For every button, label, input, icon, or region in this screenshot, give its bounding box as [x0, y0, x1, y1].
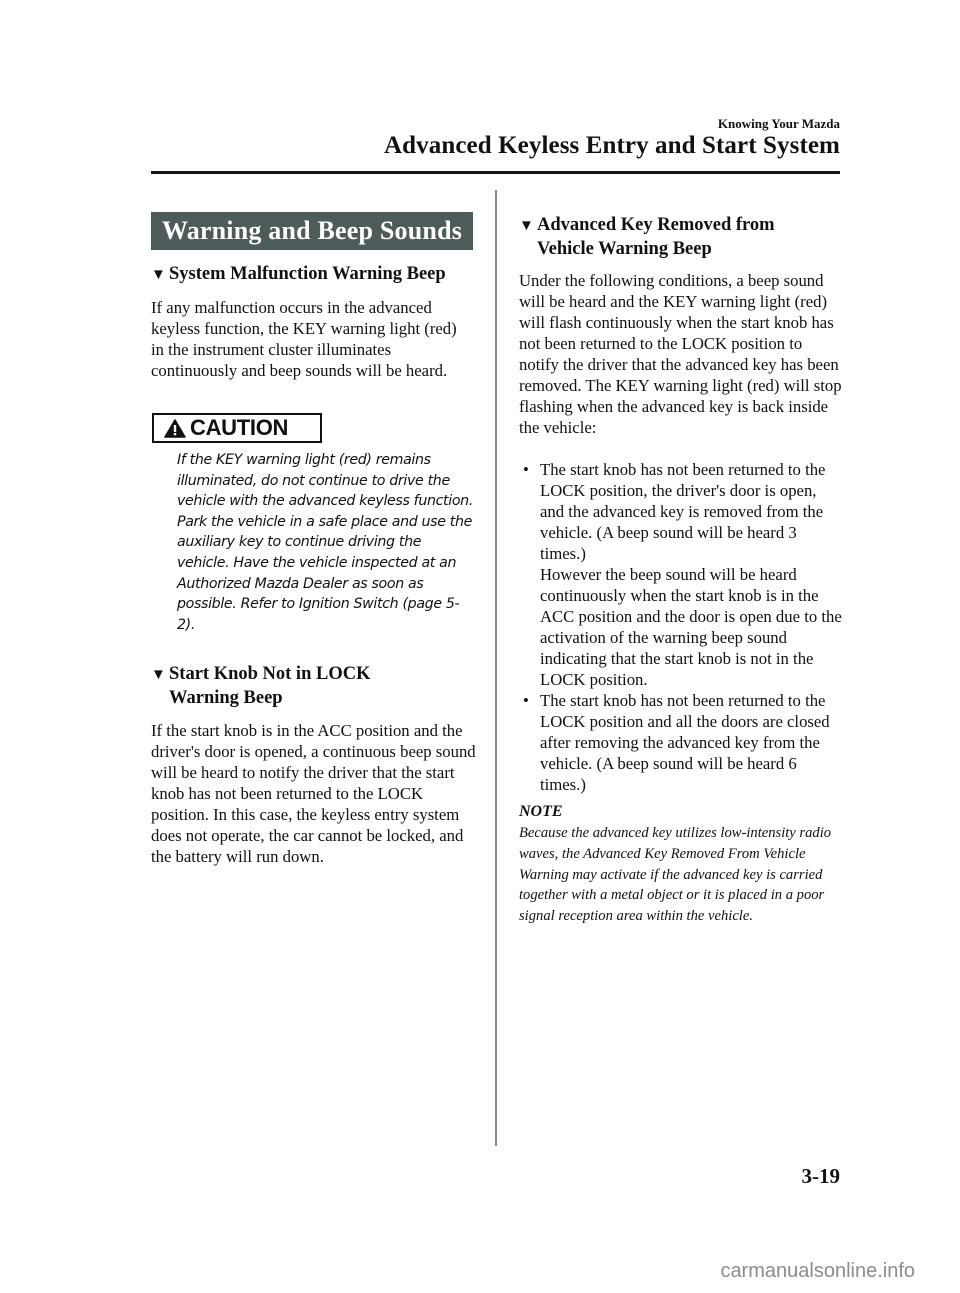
- caution-label: CAUTION: [190, 415, 288, 441]
- bullet-icon: •: [523, 690, 529, 711]
- condition-list: • The start knob has not been returned t…: [519, 459, 844, 795]
- note-label: NOTE: [519, 803, 563, 821]
- watermark-link[interactable]: carmanualsonline.info: [720, 1260, 915, 1283]
- subheading-text-line1: Start Knob Not in LOCK: [169, 664, 370, 684]
- subheading-system-malfunction: ▼System Malfunction Warning Beep: [151, 263, 481, 287]
- caution-text: If the KEY warning light (red) remains i…: [177, 450, 477, 635]
- list-item-text: The start knob has not been returned to …: [540, 690, 844, 795]
- subheading-text-line2: Warning Beep: [151, 687, 481, 710]
- header-rule: [151, 171, 840, 174]
- page-number: 3-19: [802, 1164, 841, 1189]
- list-item-text: The start knob has not been returned to …: [540, 459, 844, 564]
- system-malfunction-body: If any malfunction occurs in the advance…: [151, 297, 473, 381]
- section-banner: Warning and Beep Sounds: [151, 212, 473, 250]
- list-item: • The start knob has not been returned t…: [519, 690, 844, 795]
- caution-badge: CAUTION: [152, 413, 322, 443]
- subheading-key-removed: ▼Advanced Key Removed from Vehicle Warni…: [519, 214, 849, 261]
- list-item-extra: However the beep sound will be heard con…: [540, 564, 844, 690]
- triangle-down-icon: ▼: [519, 215, 537, 238]
- subheading-text-line2: Vehicle Warning Beep: [519, 238, 849, 261]
- key-removed-body: Under the following conditions, a beep s…: [519, 270, 844, 438]
- subheading-start-knob: ▼Start Knob Not in LOCK Warning Beep: [151, 663, 481, 710]
- triangle-down-icon: ▼: [151, 664, 169, 687]
- subheading-text: System Malfunction Warning Beep: [169, 264, 446, 284]
- subheading-text-line1: Advanced Key Removed from: [537, 215, 775, 235]
- bullet-icon: •: [523, 459, 529, 480]
- warning-triangle-icon: [164, 419, 186, 438]
- column-divider: [495, 190, 497, 1146]
- triangle-down-icon: ▼: [151, 264, 169, 287]
- start-knob-body: If the start knob is in the ACC position…: [151, 720, 476, 867]
- page-title: Advanced Keyless Entry and Start System: [384, 132, 840, 160]
- chapter-title: Knowing Your Mazda: [718, 116, 840, 132]
- note-text: Because the advanced key utilizes low-in…: [519, 823, 844, 927]
- list-item: • The start knob has not been returned t…: [519, 459, 844, 690]
